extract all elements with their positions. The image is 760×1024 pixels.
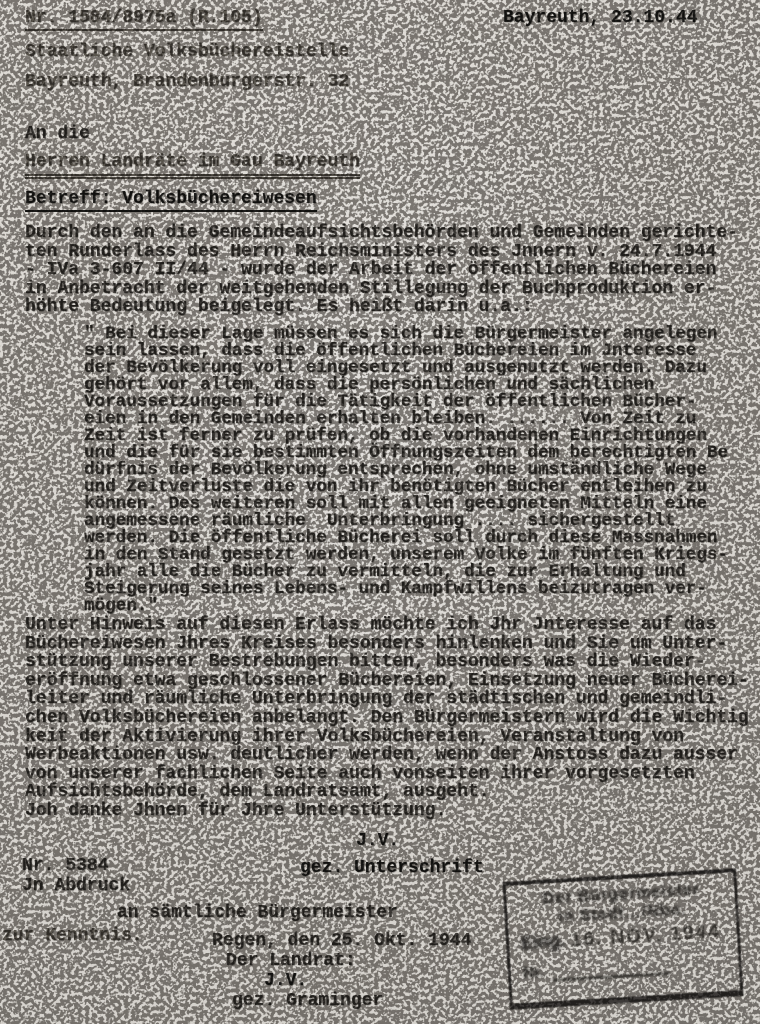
stamp-received-label: Eing. (520, 930, 566, 955)
subject-line: Betreff: Volksbüchereiwesen (25, 189, 317, 209)
closing-signature: gez. Graminger (232, 991, 383, 1011)
stamp-number-blank-line (552, 958, 671, 981)
recipient-salutation: An die (25, 124, 90, 144)
body-paragraph-1: Durch den an die Gemeindeaufsichtsbehörd… (25, 224, 738, 317)
stamp-number-row: Nr. (522, 953, 729, 983)
sender-address: Bayreuth, Brandenburgerstr. 32 (25, 72, 349, 92)
distribution-note-3: zur Kenntnis. (2, 926, 142, 946)
distribution-note-2: an sämtliche Bürgermeister (117, 903, 398, 923)
jv-abbreviation: J.V. (356, 831, 399, 851)
place-date: Bayreuth, 23.10.44 (503, 8, 697, 28)
distribution-note-1: Jn Abdruck (22, 876, 130, 896)
body-paragraph-2: Unter Hinweis auf diesen Erlass möchte i… (25, 616, 749, 821)
stamp-number-label: Nr. (522, 964, 544, 983)
quotation-block: " Bei dieser Lage müssen es sich die Bür… (84, 326, 728, 615)
copy-number: Nr. 5384 (22, 856, 108, 876)
received-stamp: Der Bürgermeister in Stadt…/Nbo. Eing. 1… (502, 868, 743, 1010)
closing-place-date: Regen, den 25. Okt. 1944 (212, 931, 471, 951)
signature-note: gez. Unterschrift (300, 858, 484, 878)
closing-role: Der Landrat: (226, 951, 356, 971)
recipient-name: Herren Landräte im Gau Bayreuth (25, 152, 360, 172)
closing-jv: J.V. (264, 971, 307, 991)
sender-name: Staatliche Volksbüchereistelle (25, 42, 349, 62)
stamp-received-date: 16. NOV. 1944 (570, 921, 721, 952)
reference-number: Nr. 1584/8975a (R.105) (25, 8, 263, 28)
